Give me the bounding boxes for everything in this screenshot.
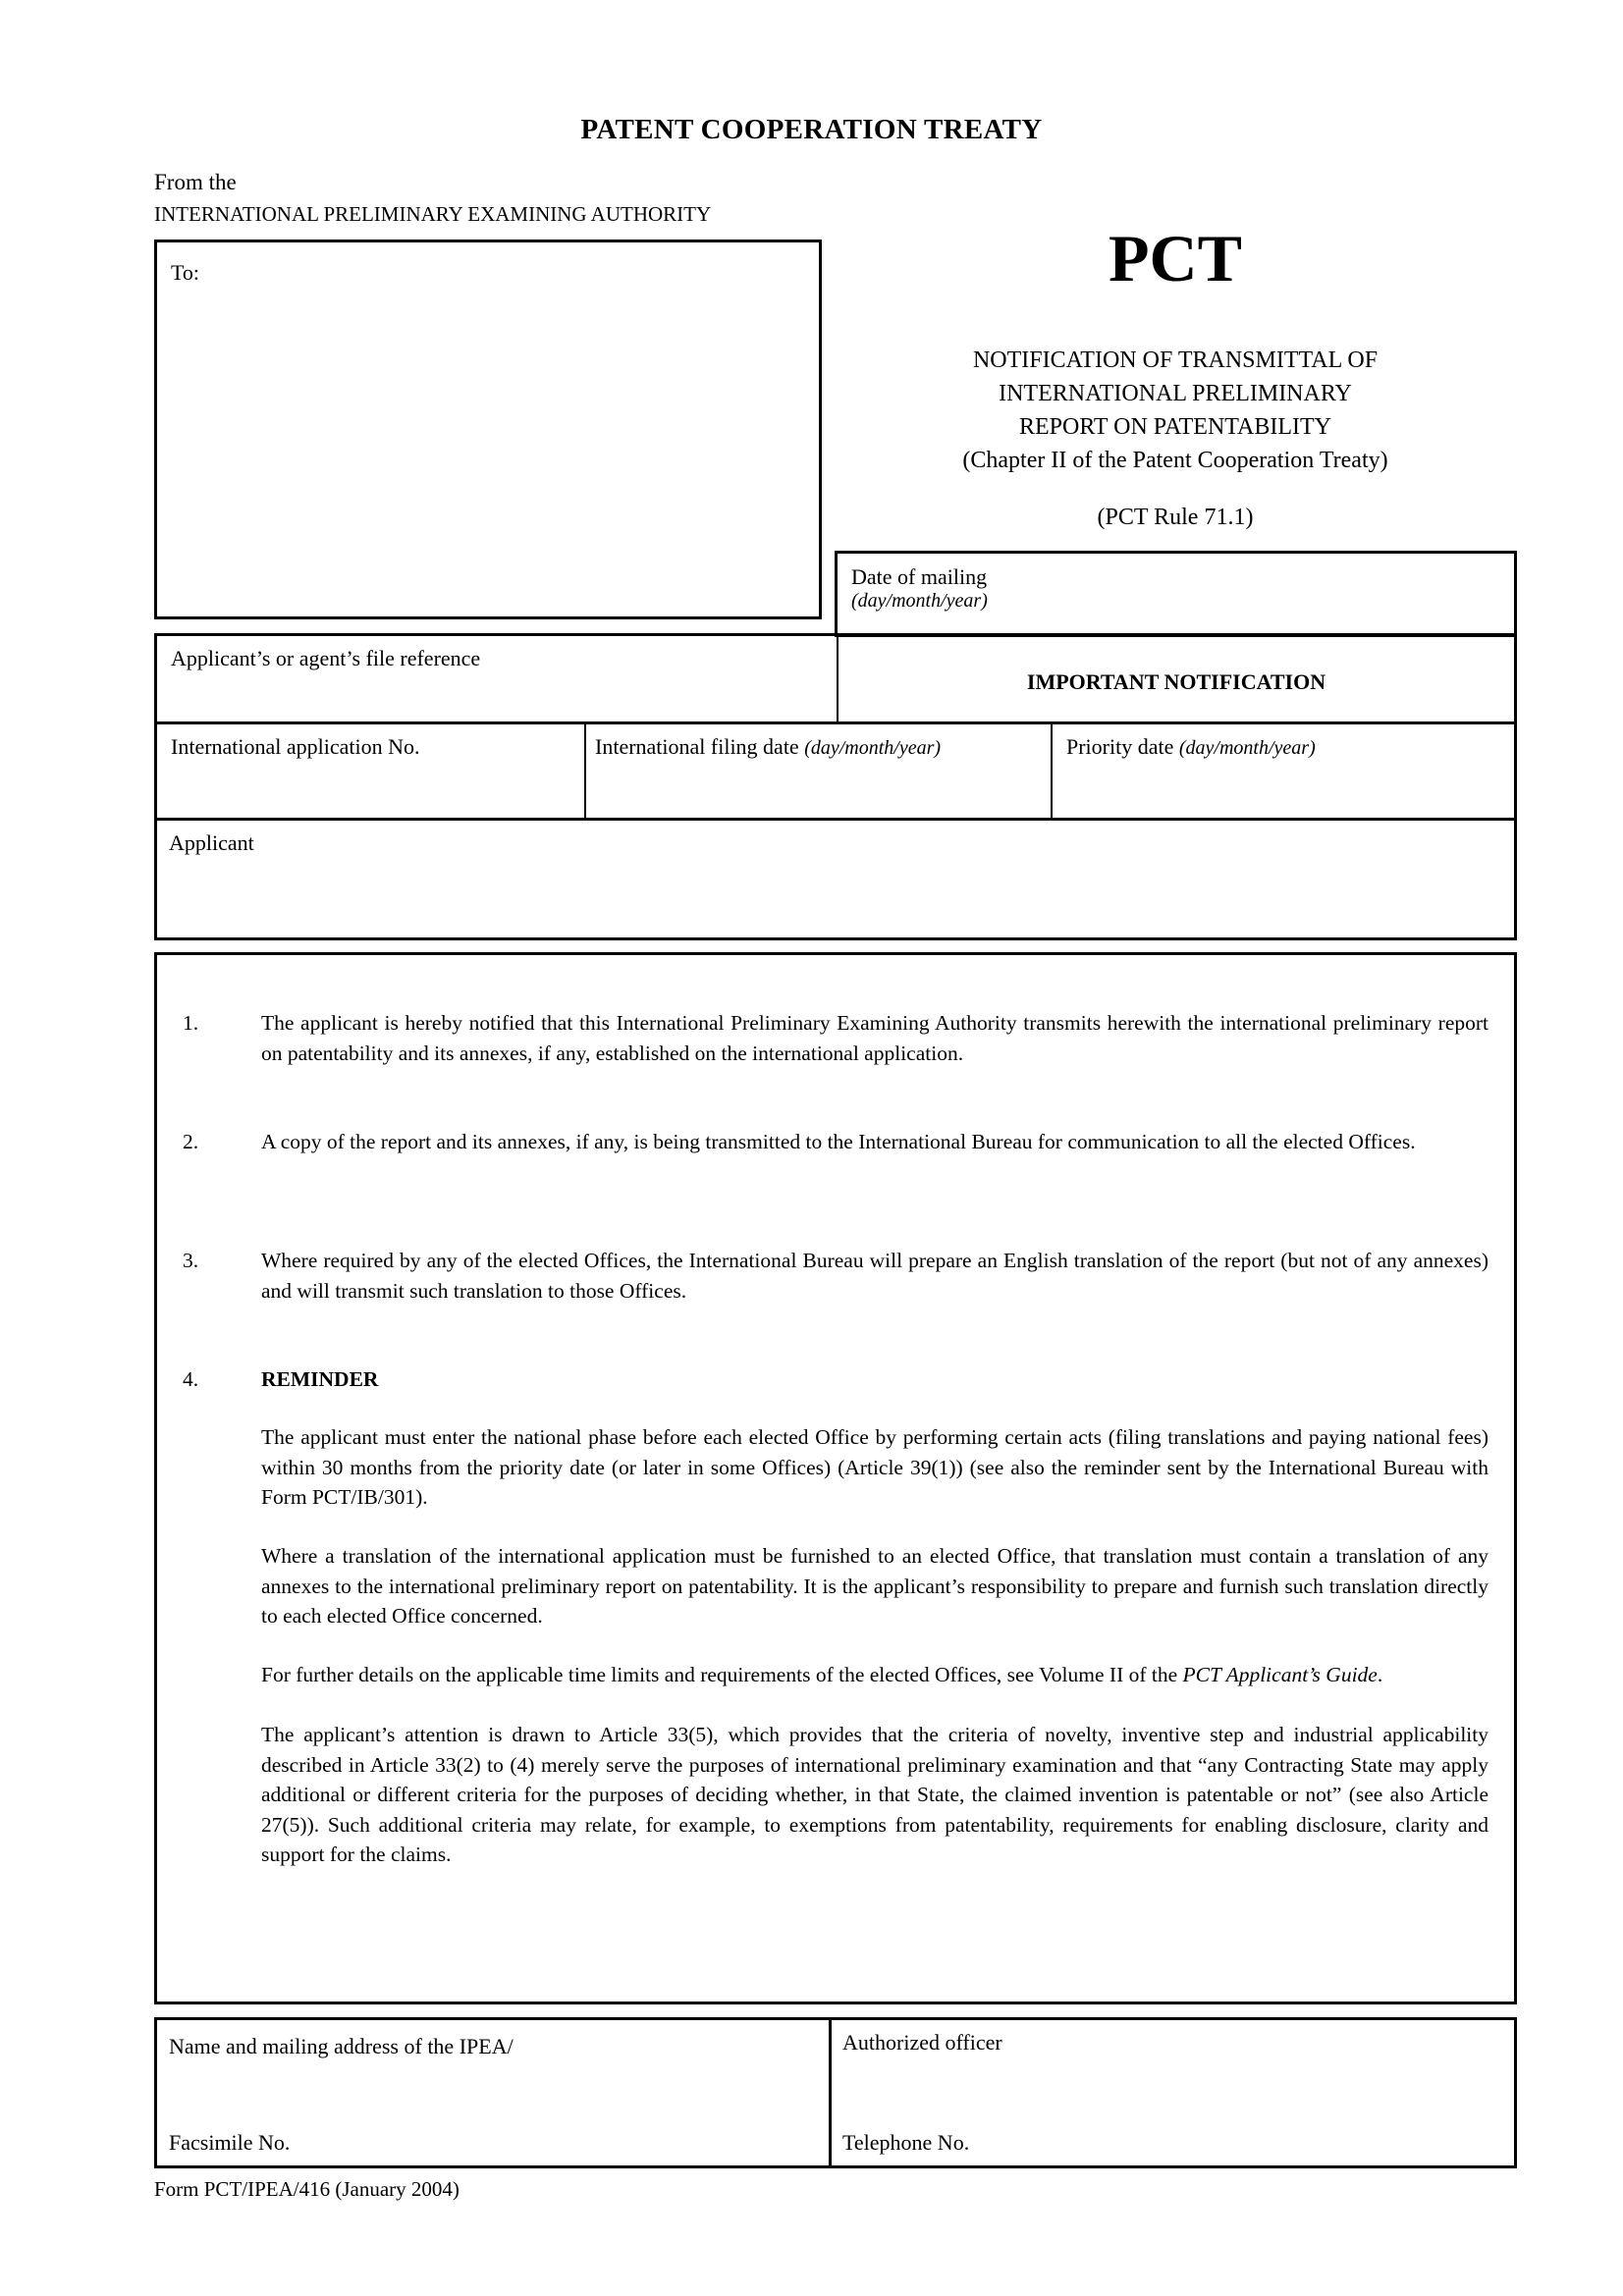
priority-date-field[interactable]: Priority date (day/month/year) <box>1053 724 1514 818</box>
priority-date-label: Priority date (day/month/year) <box>1066 734 1316 760</box>
reminder-paragraph: Where a translation of the international… <box>183 1541 1488 1631</box>
item-text: A copy of the report and its annexes, if… <box>261 1127 1488 1157</box>
facsimile-label: Facsimile No. <box>169 2130 290 2156</box>
list-item: 3. Where required by any of the elected … <box>183 1246 1488 1306</box>
filing-date-field[interactable]: International filing date (day/month/yea… <box>586 724 1052 818</box>
authorized-officer-field[interactable]: Authorized officer Telephone No. <box>833 2020 1514 2165</box>
file-reference-label: Applicant’s or agent’s file reference <box>171 646 480 671</box>
item-number: 1. <box>183 1008 198 1039</box>
application-details-grid: Applicant’s or agent’s file reference IM… <box>154 633 1517 940</box>
guide-reference-paragraph: For further details on the applicable ti… <box>183 1660 1488 1690</box>
reminder-paragraph: The applicant’s attention is drawn to Ar… <box>183 1720 1488 1870</box>
ipea-address-field[interactable]: Name and mailing address of the IPEA/ Fa… <box>157 2020 830 2165</box>
list-item: 2. A copy of the report and its annexes,… <box>183 1127 1488 1157</box>
list-item: 1. The applicant is hereby notified that… <box>183 1008 1488 1068</box>
authorized-officer-label: Authorized officer <box>842 2030 1002 2056</box>
to-label: To: <box>171 260 199 286</box>
subtitle-line: NOTIFICATION OF TRANSMITTAL OF <box>836 344 1515 377</box>
reminder-heading: REMINDER <box>261 1364 1488 1395</box>
filing-date-label: International filing date (day/month/yea… <box>595 734 941 760</box>
date-of-mailing-field[interactable]: Date of mailing (day/month/year) <box>835 551 1517 637</box>
item-number: 2. <box>183 1127 198 1157</box>
date-of-mailing-label: Date of mailing <box>851 564 987 590</box>
list-item: 4. REMINDER <box>183 1364 1488 1395</box>
pct-logo: PCT <box>836 220 1515 297</box>
subtitle-line: (Chapter II of the Patent Cooperation Tr… <box>836 444 1515 477</box>
application-number-field[interactable]: International application No. <box>157 724 585 818</box>
reminder-paragraph: The applicant must enter the national ph… <box>183 1422 1488 1513</box>
document-title: PATENT COOPERATION TREATY <box>0 114 1623 146</box>
telephone-label: Telephone No. <box>842 2130 969 2156</box>
authority-name: INTERNATIONAL PRELIMINARY EXAMINING AUTH… <box>154 202 711 227</box>
item-number: 4. <box>183 1364 198 1395</box>
applicant-label: Applicant <box>169 830 254 856</box>
from-label: From the <box>154 170 237 195</box>
form-subtitle: NOTIFICATION OF TRANSMITTAL OF INTERNATI… <box>836 344 1515 477</box>
form-identifier: Form PCT/IPEA/416 (January 2004) <box>154 2177 460 2202</box>
item-text: The applicant is hereby notified that th… <box>261 1008 1488 1068</box>
subtitle-line: REPORT ON PATENTABILITY <box>836 410 1515 444</box>
applicant-field[interactable]: Applicant <box>157 821 1514 937</box>
pct-rule: (PCT Rule 71.1) <box>836 505 1515 531</box>
date-format-hint: (day/month/year) <box>851 590 988 613</box>
guide-title: PCT Applicant’s Guide <box>1183 1663 1378 1686</box>
subtitle-line: INTERNATIONAL PRELIMINARY <box>836 377 1515 410</box>
file-reference-field[interactable]: Applicant’s or agent’s file reference <box>157 636 838 722</box>
ipea-contact-box: Name and mailing address of the IPEA/ Fa… <box>154 2017 1517 2168</box>
important-notification: IMPORTANT NOTIFICATION <box>839 669 1514 695</box>
item-text: Where required by any of the elected Off… <box>261 1246 1488 1306</box>
divider <box>829 2020 832 2165</box>
item-number: 3. <box>183 1246 198 1276</box>
notification-body: 1. The applicant is hereby notified that… <box>154 952 1517 2004</box>
recipient-address-box[interactable]: To: <box>154 240 822 619</box>
application-number-label: International application No. <box>171 734 420 760</box>
ipea-address-label: Name and mailing address of the IPEA/ <box>169 2034 514 2059</box>
